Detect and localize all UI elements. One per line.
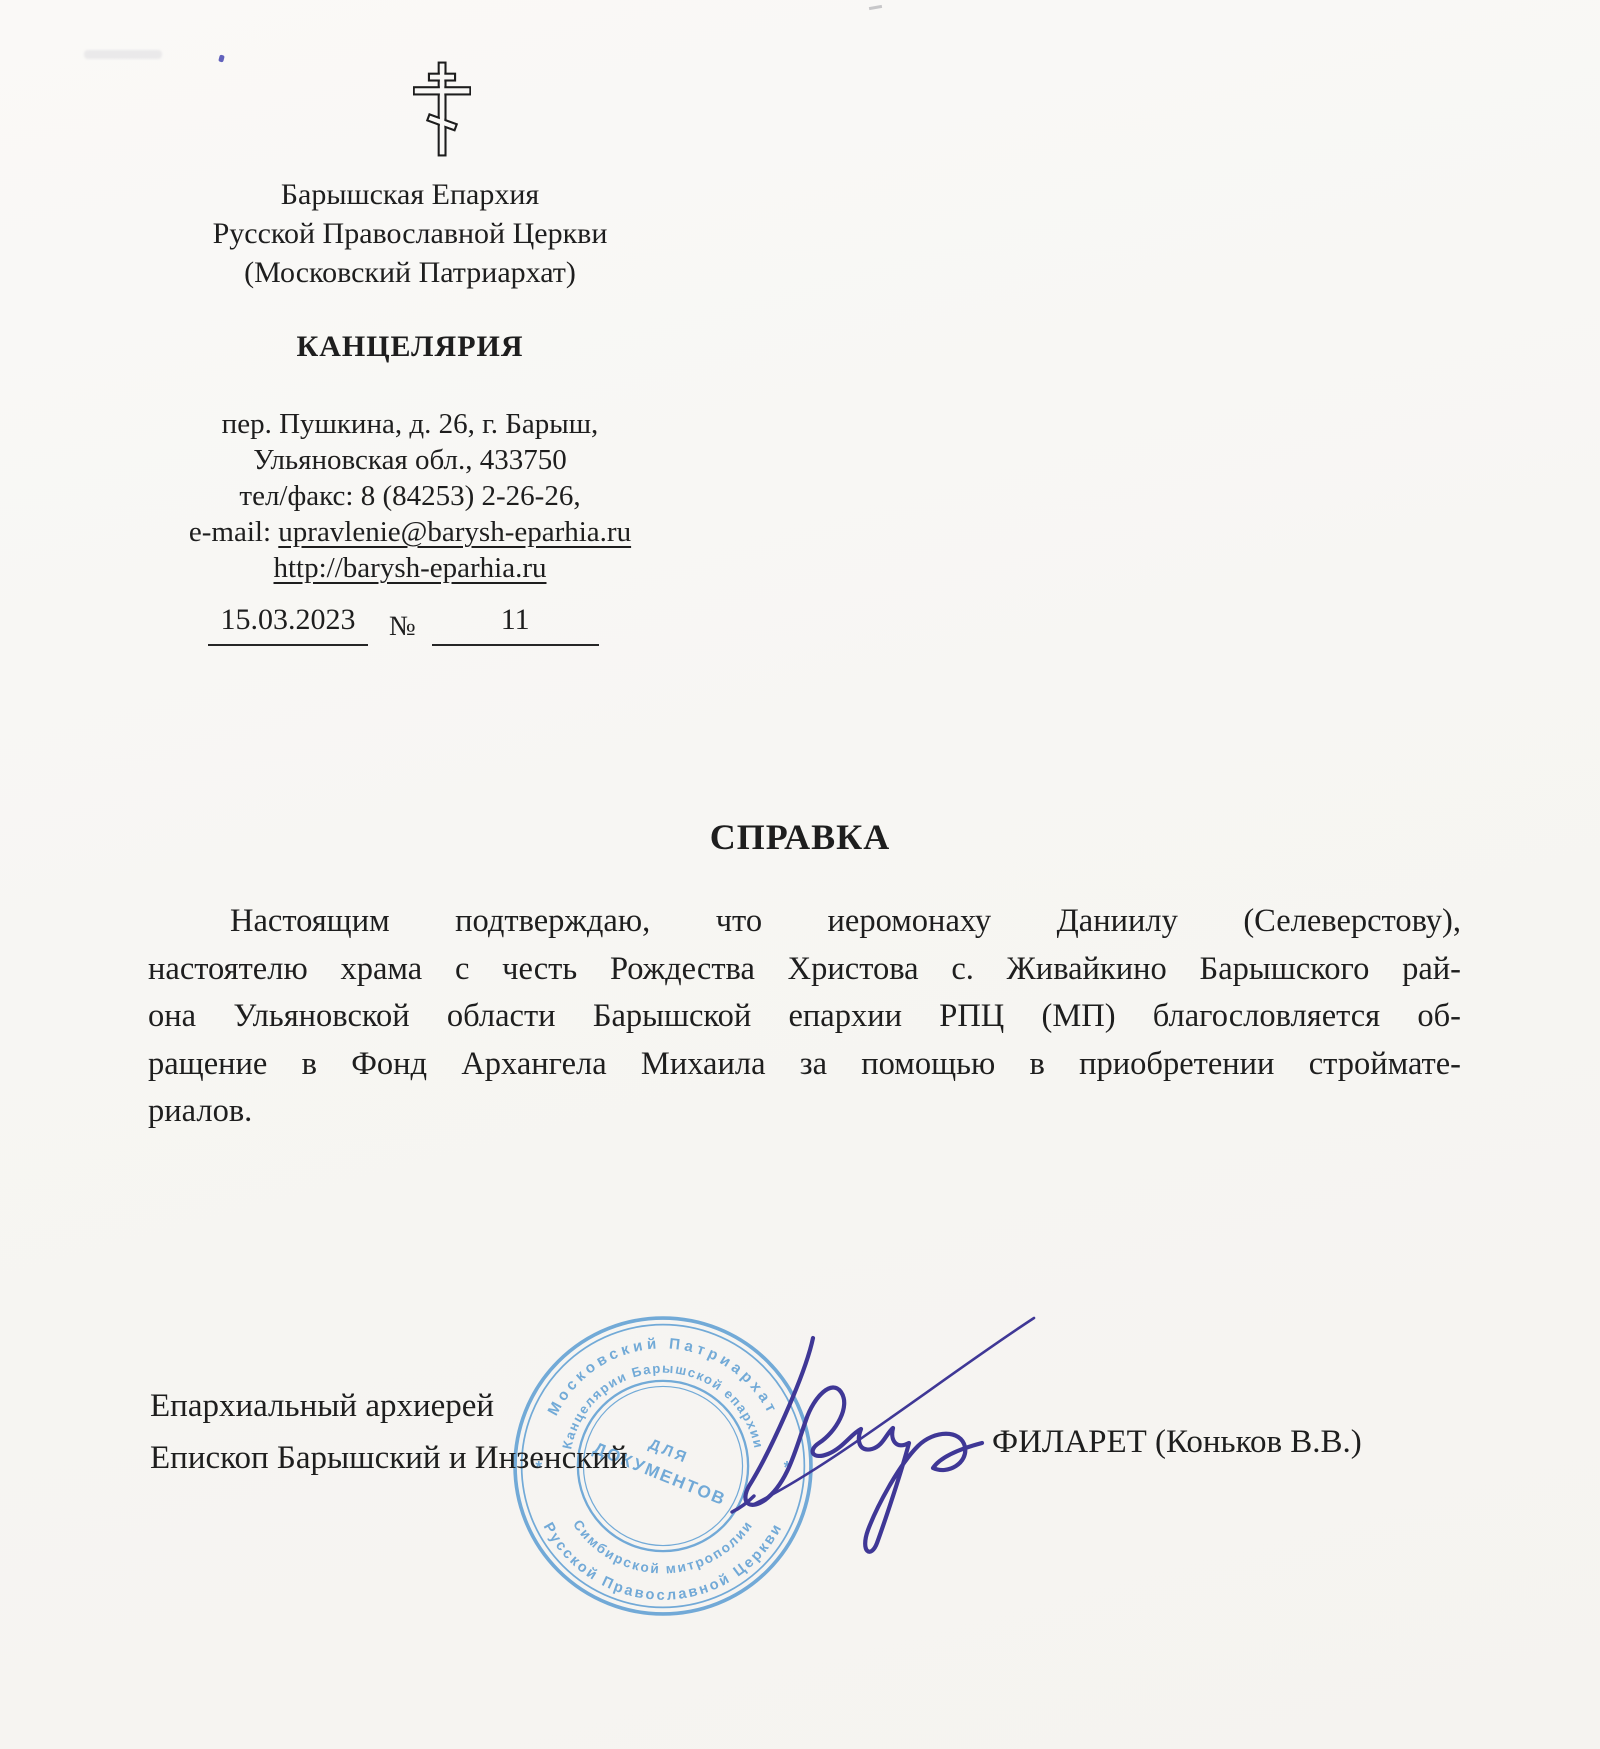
document-page: Барышская Епархия Русской Православной Ц…: [0, 0, 1600, 1749]
email-label: e-mail:: [189, 516, 278, 548]
letterhead: Барышская Епархия Русской Православной Ц…: [95, 60, 725, 586]
phone-line: тел/факс: 8 (84253) 2-26-26,: [95, 478, 725, 514]
address-line: пер. Пушкина, д. 26, г. Барыш,: [95, 406, 725, 442]
reference-row: 15.03.2023 № 11: [95, 603, 725, 646]
number-sign: №: [389, 611, 416, 646]
body-paragraph: Настоящим подтверждаю, что иеромонаху Да…: [148, 898, 1461, 1136]
website-url: http://barysh-eparhia.ru: [274, 552, 547, 584]
body-line: риалов.: [148, 1088, 1461, 1136]
body-line: она Ульяновской области Барышской епархи…: [148, 993, 1461, 1041]
org-line: (Московский Патриархат): [95, 253, 725, 292]
document-title: СПРАВКА: [0, 816, 1600, 858]
date-field: 15.03.2023: [208, 603, 368, 646]
website-line: http://barysh-eparhia.ru: [95, 550, 725, 586]
signatory-position: Епархиальный архиерей Епископ Барышский …: [150, 1380, 628, 1484]
body-line: настоятелю храма с честь Рождества Христ…: [148, 946, 1461, 994]
org-line: Русской Православной Церкви: [95, 214, 725, 253]
body-line: ращение в Фонд Архангела Михаила за помо…: [148, 1041, 1461, 1089]
contact-block: пер. Пушкина, д. 26, г. Барыш, Ульяновск…: [95, 406, 725, 586]
address-line: Ульяновская обл., 433750: [95, 442, 725, 478]
organization-name: Барышская Епархия Русской Православной Ц…: [95, 175, 725, 292]
position-line: Епархиальный архиерей: [150, 1380, 628, 1432]
scan-speck: [869, 5, 882, 10]
orthodox-cross-icon: [127, 60, 757, 163]
email-address: upravlenie@barysh-eparhia.ru: [278, 516, 631, 548]
email-line: e-mail: upravlenie@barysh-eparhia.ru: [95, 514, 725, 550]
department-name: КАНЦЕЛЯРИЯ: [95, 330, 725, 364]
position-line: Епископ Барышский и Инзенский: [150, 1432, 628, 1484]
org-line: Барышская Епархия: [95, 175, 725, 214]
body-line: Настоящим подтверждаю, что иеромонаху Да…: [148, 898, 1461, 946]
scan-smudge: [84, 50, 162, 59]
handwritten-signature: [712, 1280, 1076, 1595]
number-field: 11: [432, 603, 599, 646]
